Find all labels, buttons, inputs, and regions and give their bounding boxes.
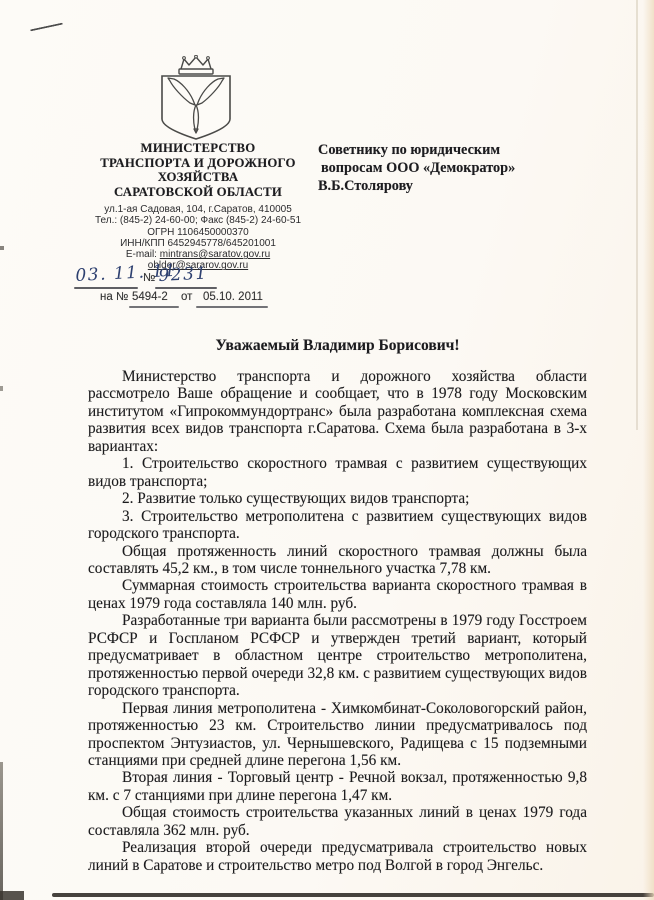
incoming-number-underline (129, 306, 179, 308)
scanned-letter-page: МИНИСТЕРСТВО ТРАНСПОРТА И ДОРОЖНОГО ХОЗЯ… (0, 0, 654, 900)
body-paragraph: Министерство транспорта и дорожного хозя… (88, 368, 587, 455)
email-label: E-mail: (126, 249, 157, 260)
scan-artifact-bottom-left-corner (0, 891, 24, 900)
salutation: Уважаемый Владимир Борисович! (88, 337, 587, 355)
body-paragraph: Общая стоимость строительства указанных … (88, 804, 587, 839)
number-sign: № (143, 272, 155, 284)
letterhead-street-address: ул.1-ая Садовая, 104, г.Саратов, 410005 (52, 204, 344, 215)
body-paragraph: Первая линия метрополитена - Химкомбинат… (88, 700, 587, 770)
addressee-block: Советнику по юридическим вопросам ООО «Д… (318, 142, 638, 196)
incoming-from-label: от (181, 291, 192, 303)
letter-body: Министерство транспорта и дорожного хозя… (88, 368, 587, 874)
incoming-date: 05.10. 2011 (203, 291, 263, 303)
letterhead-ogrn: ОГРН 1106450000370 (52, 227, 344, 238)
letterhead-email-row: E-mail: mintrans@saratov.gov.ru (52, 249, 344, 260)
letterhead-phone-fax: Тел.: (845-2) 24-60-00; Факс (845-2) 24-… (52, 215, 344, 226)
body-paragraph: Разработанные три варианта были рассмотр… (88, 612, 587, 699)
body-list-item: 1. Строительство скоростного трамвая с р… (88, 455, 587, 490)
body-paragraph: Вторая линия - Торговый центр - Речной в… (88, 769, 587, 804)
ministry-name-line: ТРАНСПОРТА И ДОРОЖНОГО (52, 156, 344, 171)
scan-artifact-left-edge-strip (0, 762, 3, 900)
body-paragraph: Реализация второй очереди предусматривал… (88, 839, 587, 874)
email-primary: mintrans@saratov.gov.ru (160, 249, 270, 260)
scan-artifact-bottom-edge-line (52, 893, 654, 897)
letterhead-inn-kpp: ИНН/КПП 6452945778/645201001 (52, 238, 344, 249)
addressee-name: В.Б.Столярову (318, 178, 638, 196)
saratov-coat-of-arms-icon (155, 55, 237, 143)
body-paragraph: Суммарная стоимость строительства вариан… (88, 577, 587, 612)
incoming-number: 5494-2 (132, 291, 168, 303)
ministry-name: МИНИСТЕРСТВО ТРАНСПОРТА И ДОРОЖНОГО ХОЗЯ… (52, 141, 344, 199)
ministry-name-line: САРАТОВСКОЙ ОБЛАСТИ (52, 185, 344, 200)
scan-artifact-edge-tick (0, 386, 3, 391)
addressee-organization: вопросам ООО «Демократор» (318, 160, 638, 178)
incoming-prefix: на № (100, 291, 128, 303)
body-paragraph: Общая протяженность линий скоростного тр… (88, 543, 587, 578)
addressee-position: Советнику по юридическим (318, 142, 638, 160)
outgoing-number-underline (155, 287, 217, 289)
outgoing-number-handwritten: 9231 (158, 263, 208, 286)
scan-artifact-edge-tick (0, 246, 4, 250)
scan-artifact-right-edge-band (643, 0, 654, 900)
scan-artifact-pen-stroke (30, 23, 63, 32)
scan-artifact-right-edge-line (636, 0, 638, 430)
body-list-item: 3. Строительство метрополитена с развити… (88, 508, 587, 543)
outgoing-date-underline (74, 287, 138, 289)
incoming-date-underline (196, 306, 268, 308)
letterhead-contact-block: ул.1-ая Садовая, 104, г.Саратов, 410005 … (52, 204, 344, 272)
ministry-name-line: ХОЗЯЙСТВА (52, 170, 344, 185)
ministry-name-line: МИНИСТЕРСТВО (52, 141, 344, 156)
body-list-item: 2. Развитие только существующих видов тр… (88, 490, 587, 507)
